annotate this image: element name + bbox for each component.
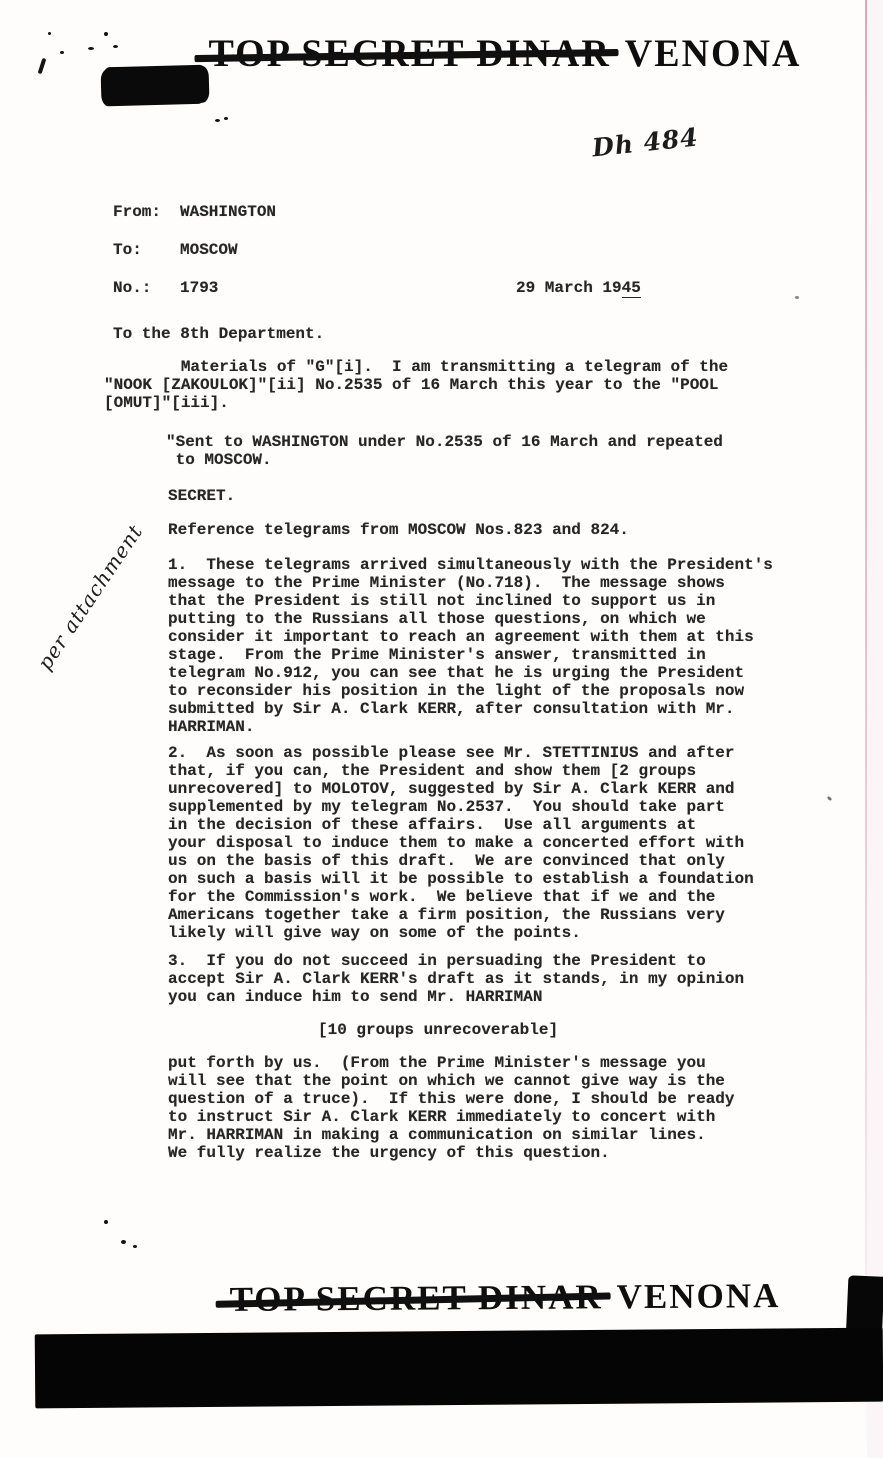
scan-speck — [795, 296, 799, 299]
page-edge-strip — [867, 0, 883, 1458]
scan-speck — [48, 32, 51, 35]
to-value: MOSCOW — [180, 241, 238, 259]
classification-banner-bottom: TOP SECRET DINARVENONA — [230, 1276, 781, 1320]
to-label: To: — [113, 241, 180, 259]
scan-speck — [133, 1245, 137, 1248]
quote-paragraph: "Sent to WASHINGTON under No.2535 of 16 … — [166, 433, 723, 469]
scanned-document-page: TOP SECRET DINARVENONA Dh 484 per attach… — [0, 0, 883, 1458]
struck-classification-text: TOP SECRET DINAR — [230, 1277, 603, 1320]
date-underlined-digits: 45 — [622, 279, 641, 298]
meta-to-line: To:MOSCOW — [113, 241, 238, 259]
scan-speck — [215, 119, 220, 122]
handwritten-reference-number: Dh 484 — [591, 123, 700, 163]
handwritten-margin-note: per attachment — [19, 499, 162, 695]
reference-line: Reference telegrams from MOSCOW Nos.823 … — [168, 521, 629, 539]
intro-paragraph: Materials of "G"[i]. I am transmitting a… — [104, 358, 728, 412]
paragraph-1: 1. These telegrams arrived simultaneousl… — [168, 556, 773, 736]
scan-speck — [38, 58, 47, 74]
paragraph-2: 2. As soon as possible please see Mr. ST… — [168, 744, 754, 942]
venona-label: VENONA — [617, 1276, 781, 1316]
date-prefix: 29 March 19 — [516, 279, 622, 297]
page-edge-line — [865, 0, 867, 1458]
meta-number-line: No.:1793 — [113, 279, 218, 297]
salutation: To the 8th Department. — [113, 325, 324, 343]
from-value: WASHINGTON — [180, 203, 276, 221]
meta-from-line: From:WASHINGTON — [113, 203, 276, 221]
from-label: From: — [113, 203, 180, 221]
unrecoverable-groups-line: [10 groups unrecoverable] — [318, 1021, 558, 1039]
scan-speck — [827, 796, 833, 802]
redaction-mark-top — [103, 65, 208, 105]
scan-speck — [224, 117, 228, 120]
paragraph-3b: put forth by us. (From the Prime Ministe… — [168, 1054, 735, 1162]
paragraph-3a: 3. If you do not succeed in persuading t… — [168, 952, 744, 1006]
number-value: 1793 — [180, 279, 218, 297]
venona-label: VENONA — [625, 33, 802, 76]
scan-speck — [60, 51, 64, 54]
number-label: No.: — [113, 279, 180, 297]
scan-speck — [104, 32, 108, 36]
scan-speck — [121, 1240, 126, 1244]
scan-speck — [104, 1220, 108, 1224]
classification-banner-top: TOP SECRET DINARVENONA — [209, 32, 802, 77]
scan-speck — [113, 45, 118, 48]
secret-line: SECRET. — [168, 487, 235, 505]
scan-speck — [88, 47, 94, 50]
date-line: 29 March 1945 — [516, 279, 641, 297]
struck-classification-text: TOP SECRET DINAR — [209, 32, 611, 77]
redaction-bar-bottom — [35, 1328, 883, 1409]
